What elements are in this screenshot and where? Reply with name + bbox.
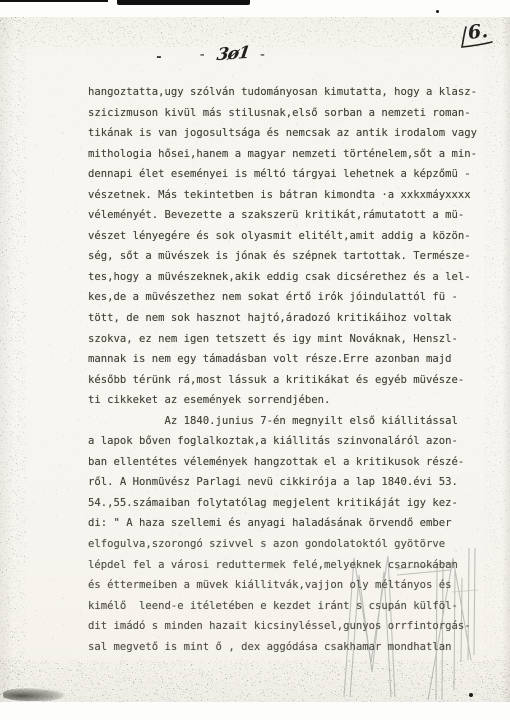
- scanner-background-bottom: [0, 702, 510, 720]
- folio-number-text: 6.: [467, 20, 489, 44]
- text-line: 54.,55.számaiban folytatólag megjelent k…: [88, 493, 488, 514]
- text-line: di: " A haza szellemi és anyagi haladásá…: [88, 513, 488, 534]
- scan-artifact-bar: [0, 0, 108, 2]
- handwritten-folio-number: 6.: [455, 20, 505, 60]
- scanned-document-page: { "page": { "corner_label": "6.", "page_…: [0, 0, 510, 720]
- text-line: kimélő leend-e itéletében e kezdet iránt…: [88, 596, 488, 617]
- text-line: később térünk rá,most lássuk a kritikáka…: [88, 370, 488, 391]
- ink-speck: [436, 10, 439, 13]
- text-line: dit imádó s minden hazait kicsinyléssel,…: [88, 616, 488, 637]
- scan-artifact-blob: [3, 688, 65, 701]
- text-line: ség, sőt a müvészek is jónak és szépnek …: [88, 246, 488, 267]
- text-line: dennapi élet eseményei is méltó tárgyai …: [88, 164, 488, 185]
- text-line: ban ellentétes vélemények hangzottak el …: [88, 452, 488, 473]
- text-line: véleményét. Bevezette a szakszerü kritik…: [88, 205, 488, 226]
- text-line: mithologia hősei,hanem a magyar nemzeti …: [88, 144, 488, 165]
- text-line: tes,hogy a müvészeknek,akik eddig csak d…: [88, 267, 488, 288]
- page-header: - - 3ø1 -: [0, 44, 510, 70]
- text-line: szokva, ez nem igen tetszett és igy mint…: [88, 329, 488, 350]
- text-line: ti cikkeket az események sorrendjében.: [88, 390, 488, 411]
- text-line: a lapok bőven foglalkoztak,a kiállitás s…: [88, 431, 488, 452]
- text-line: kes,de a müvészethez nem sokat értő irók…: [88, 287, 488, 308]
- text-line: lépdel fel a városi reduttermek felé,mel…: [88, 555, 488, 576]
- page-number: - 3ø1 -: [198, 44, 268, 64]
- text-line: vészet lényegére és sok olyasmit elitélt…: [88, 226, 488, 247]
- text-line: szicizmuson kivül más stilusnak,első sor…: [88, 103, 488, 124]
- text-line: sal megvető is mint ő , dex aggódása csa…: [88, 637, 488, 658]
- typewritten-text: hangoztatta,ugy szólván tudományosan kim…: [88, 82, 488, 657]
- scanner-background-top: [0, 0, 510, 17]
- text-line: tött, de nem sok hasznot hajtó,áradozó k…: [88, 308, 488, 329]
- text-line: tikának is van jogosultsága és nemcsak a…: [88, 123, 488, 144]
- ink-speck: [469, 693, 473, 697]
- text-line: ről. A Honmüvész Parlagi nevü cikkirója …: [88, 472, 488, 493]
- stray-dash-mark: -: [155, 50, 163, 65]
- paper-edge-shadow-right: [502, 17, 510, 702]
- paper-edge-shadow-left: [0, 17, 14, 702]
- text-line: hangoztatta,ugy szólván tudományosan kim…: [88, 82, 488, 103]
- scan-artifact-bar: [117, 0, 250, 5]
- text-line: Az 1840.junius 7-én megnyilt első kiálli…: [88, 411, 488, 432]
- text-line: vészetnek. Más tekintetben is bátran kim…: [88, 185, 488, 206]
- text-line: elfogulva,szorongó szivvel s azon gondol…: [88, 534, 488, 555]
- page-number-right-dash: -: [249, 47, 268, 63]
- text-line: és éttermeiben a müvek kiállitvák,vajjon…: [88, 575, 488, 596]
- page-number-left-dash: -: [198, 47, 217, 63]
- text-line: mannak is nem egy támadásban volt része.…: [88, 349, 488, 370]
- page-number-handwritten-correction: 3ø1: [215, 43, 250, 65]
